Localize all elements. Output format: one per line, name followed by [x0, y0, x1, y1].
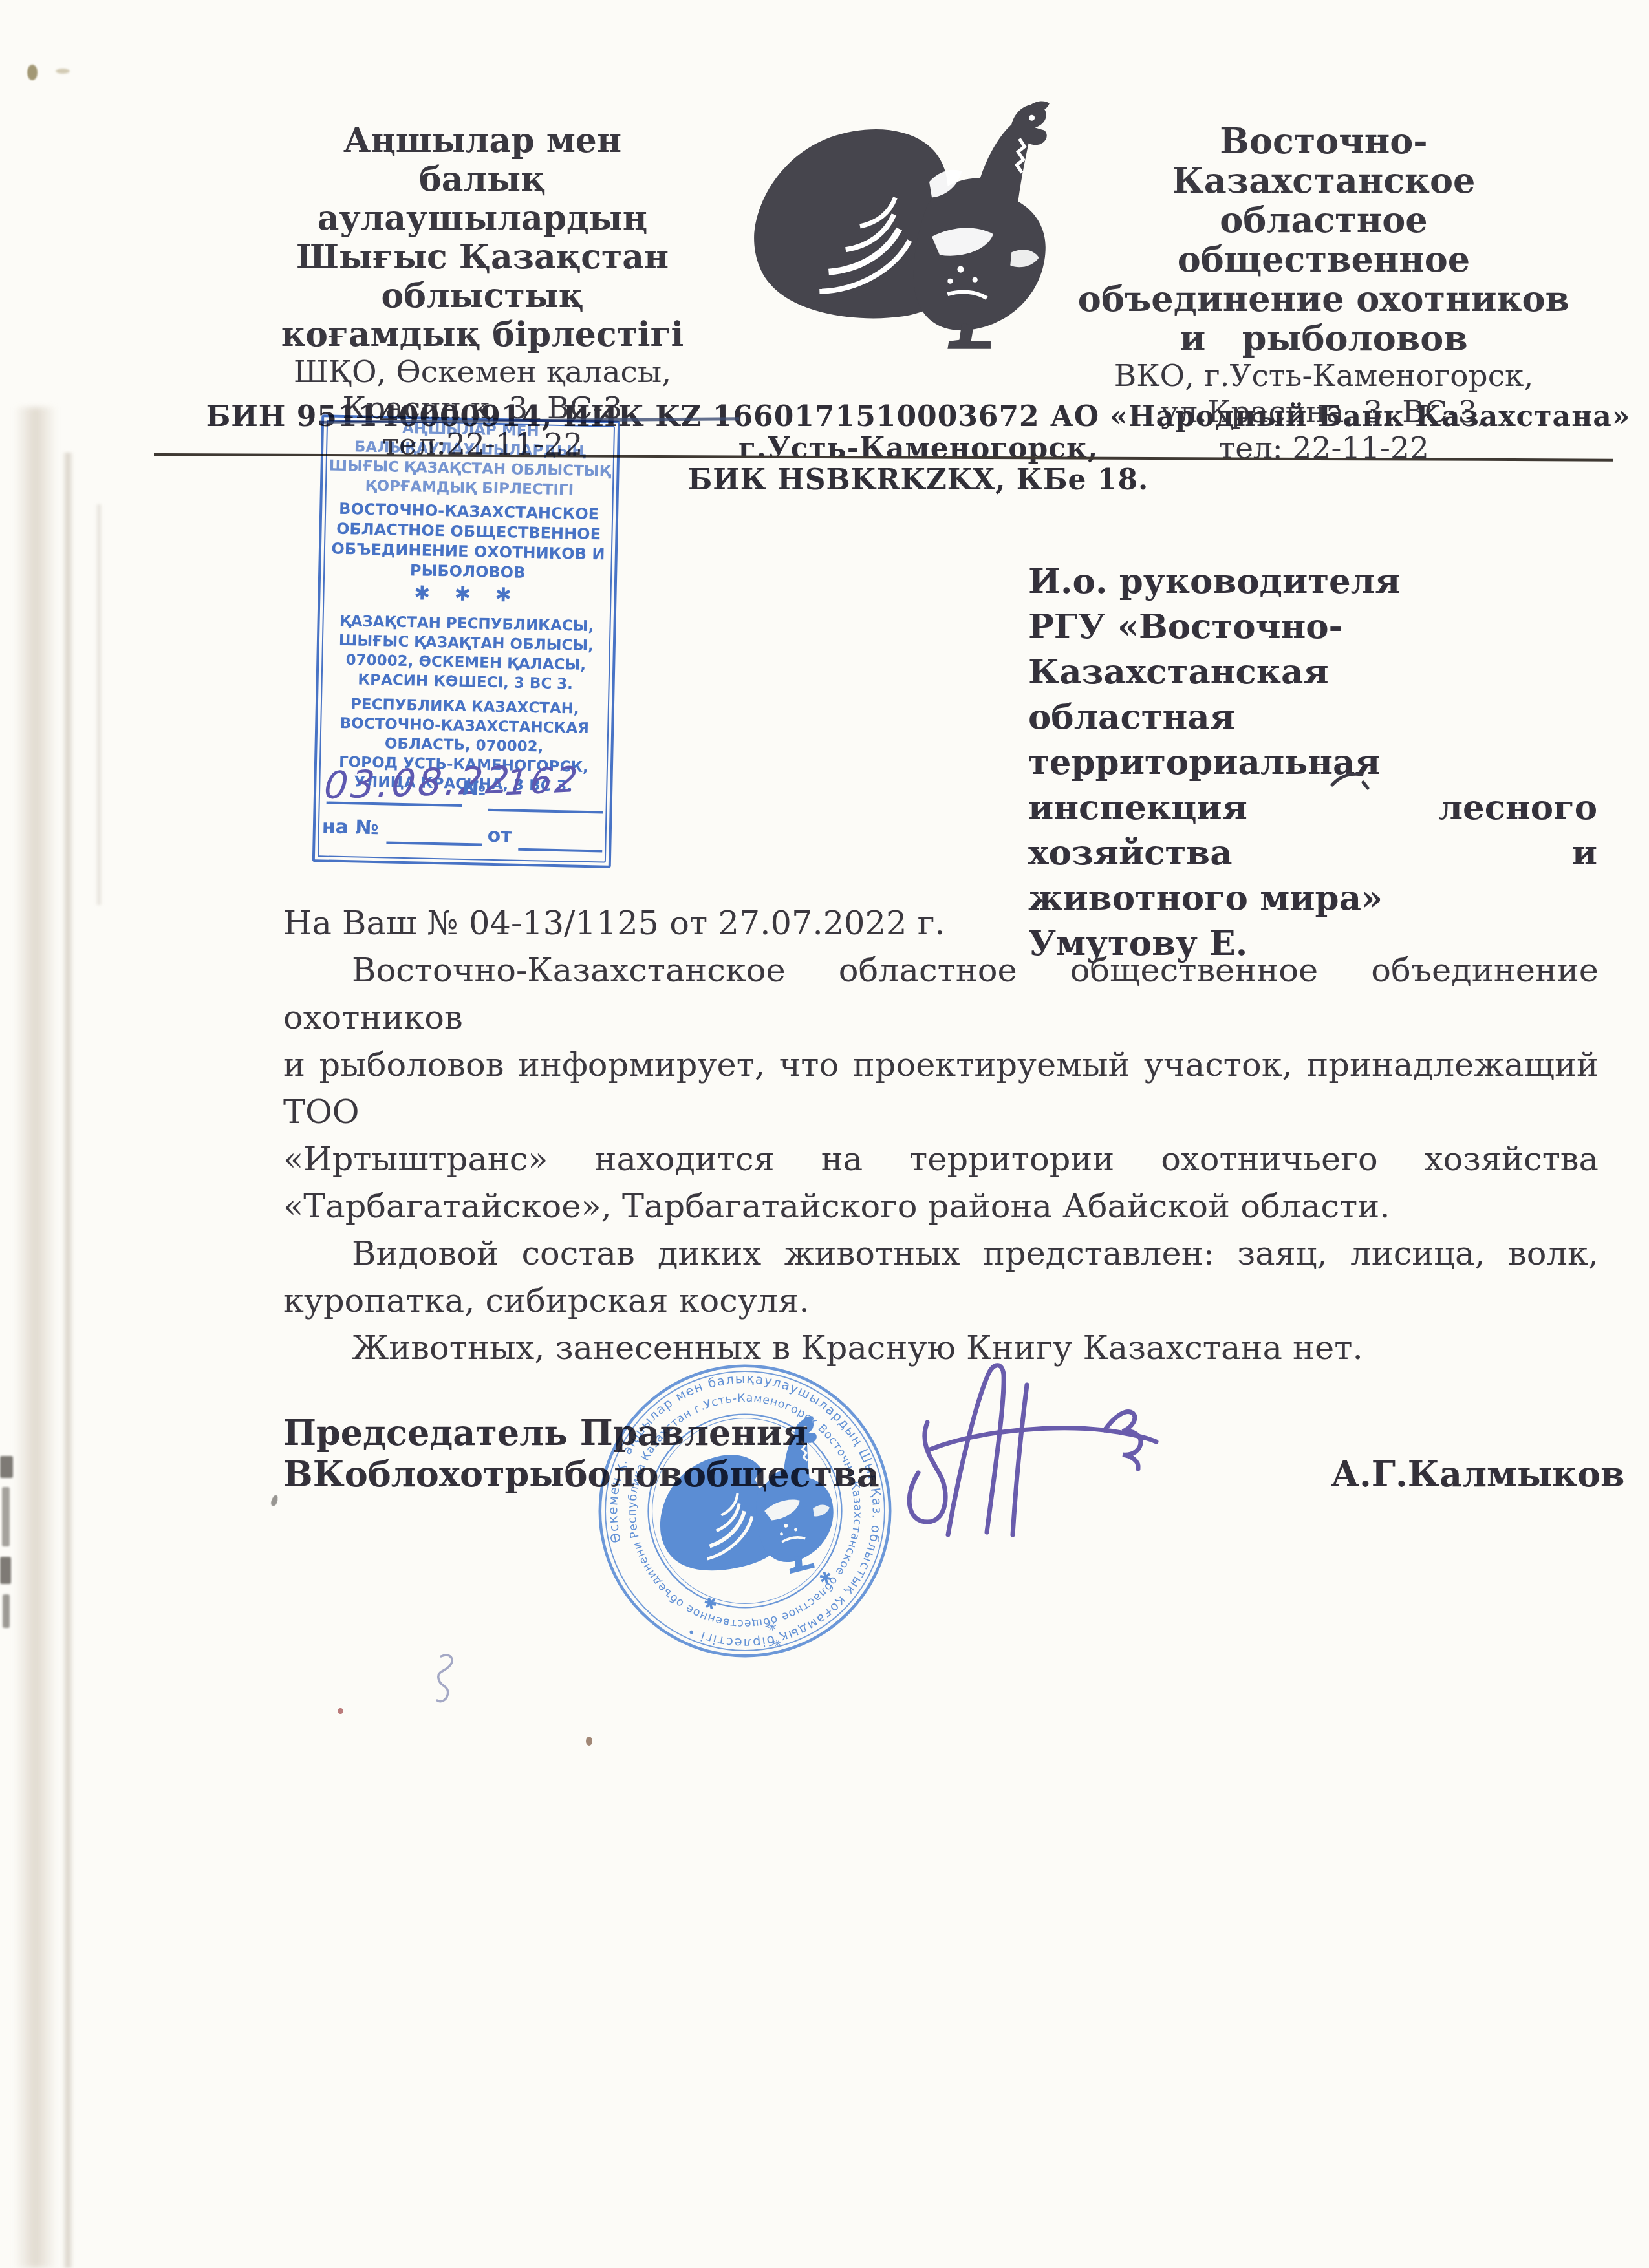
body-line: куропатка, сибирская косуля.	[283, 1278, 1599, 1325]
addressee-line: инспекция лесного хозяйства и	[1028, 785, 1597, 875]
stamp-address-kk: ҚАЗАҚСТАН РЕСПУБЛИКАСЫ, ШЫҒЫС ҚАЗАҚТАН О…	[316, 611, 616, 695]
body-line: Видовой состав диких животных представле…	[283, 1230, 1599, 1278]
ink-squiggle	[422, 1653, 462, 1706]
org-address-ru-line: ВКО, г.Усть-Каменогорск,	[1068, 358, 1579, 394]
scan-streak	[96, 504, 102, 905]
stamp-org-ru: ВОСТОЧНО-КАЗАХСТАНСКОЕ ОБЛАСТНОЕ ОБЩЕСТВ…	[318, 498, 618, 585]
round-seal: Өскемен қ. аңшылар мен балықаулаушыларды…	[561, 1327, 928, 1694]
handwritten-number: 162	[504, 759, 582, 804]
handwritten-signature	[891, 1346, 1183, 1561]
org-name-ru-line: областное общественное	[1068, 200, 1579, 279]
org-address-kk-line: ШҚО, Өскемен қаласы,	[275, 354, 689, 390]
ot-label: от	[487, 824, 512, 848]
org-name-ru-line: и рыболовов	[1068, 319, 1579, 358]
scan-speck	[586, 1737, 592, 1746]
org-name-kk-line: Шығыс Қазақстан облыстық	[275, 238, 689, 316]
addressee-line: областная территориальная	[1028, 694, 1597, 785]
body-line: «Иртыштранс» находится на территории охо…	[283, 1136, 1599, 1183]
org-name-kk-line: Аңшылар мен балық	[275, 122, 689, 199]
reference-line: На Ваш № 04-13/1125 от 27.07.2022 г.	[283, 900, 1599, 947]
scan-smudge	[3, 1594, 10, 1628]
addressee-line: РГУ «Восточно-Казахстанская	[1028, 604, 1597, 694]
scan-speck	[338, 1708, 343, 1714]
stamp-org-kk: АҢШЫЛАР МЕН БАЛЫҚАУЛАУШЫЛАРДЫҢ ШЫҒЫС ҚАЗ…	[320, 417, 620, 501]
scan-speck	[270, 1494, 279, 1507]
scan-smudge	[0, 1456, 13, 1478]
stamp-reference-row: на № от	[320, 810, 604, 850]
letter-body: На Ваш № 04-13/1125 от 27.07.2022 г. Вос…	[283, 900, 1599, 1372]
na-no-label: на №	[322, 815, 379, 839]
body-line: и рыболовов информирует, что проектируем…	[283, 1042, 1599, 1136]
body-line: «Тарбагатайское», Тарбагатайского района…	[283, 1183, 1599, 1230]
scan-smudge	[0, 1557, 11, 1584]
org-name-kk-line: аулаушылардың	[275, 199, 689, 238]
body-line: Восточно-Казахстанское областное обществ…	[283, 947, 1599, 1042]
stamp-date-row: 03.08.22 № 162	[321, 764, 605, 816]
number-underline	[488, 809, 603, 814]
registration-stamp: АҢШЫЛАР МЕН БАЛЫҚАУЛАУШЫЛАРДЫҢ ШЫҒЫС ҚАЗ…	[312, 414, 620, 868]
addressee-line: И.о. руководителя	[1028, 559, 1597, 604]
org-name-ru-line: Восточно-Казахстанское	[1068, 122, 1579, 200]
pen-mark	[1327, 767, 1374, 794]
scan-speck	[56, 69, 70, 74]
scan-streak	[14, 407, 57, 2268]
scanned-letter-page: Аңшылар мен балық аулаушылардың Шығыс Қа…	[0, 0, 1649, 2268]
scan-smudge	[2, 1487, 10, 1546]
org-name-ru-line: объединение охотников	[1068, 279, 1579, 319]
scan-streak	[62, 453, 74, 2268]
number-sign-label: №	[462, 777, 486, 800]
seal-star-right: ✱	[817, 1568, 834, 1589]
capercaillie-bird-icon	[732, 94, 1059, 363]
signer-name: А.Г.Калмыков	[1331, 1453, 1625, 1495]
scan-speck	[27, 65, 38, 80]
reference-underline	[386, 841, 482, 846]
org-name-kk-line: коғамдық бірлестігі	[275, 316, 689, 354]
